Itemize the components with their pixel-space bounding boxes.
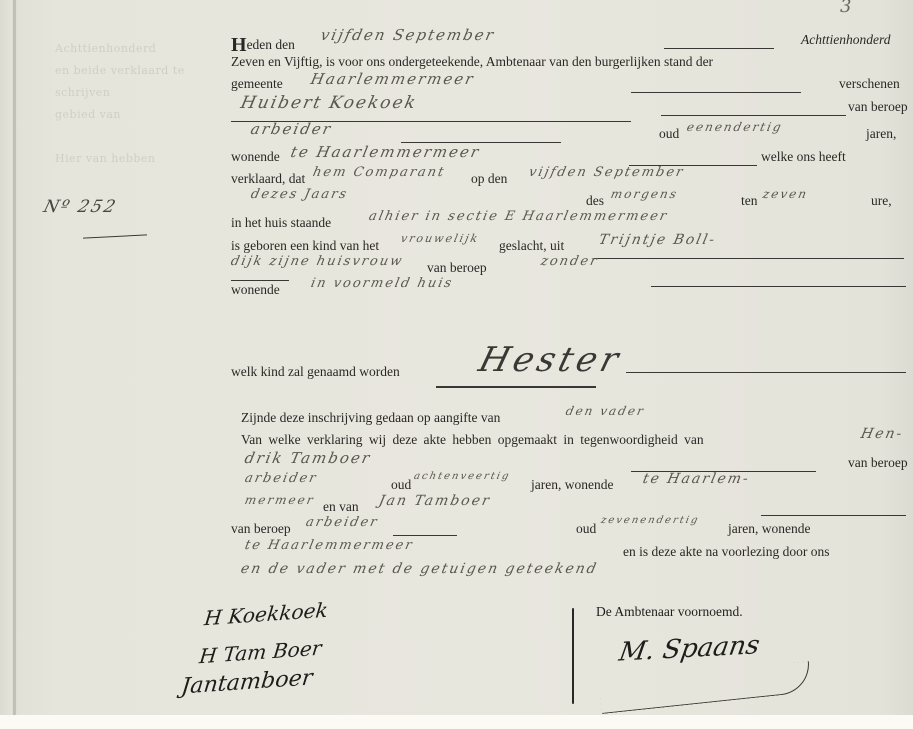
handwritten-mother-name: Trijntje Boll- — [597, 232, 717, 248]
printed-text: in het huis staande — [231, 215, 331, 231]
printed-text: verschenen — [839, 76, 900, 92]
handwritten-informant: den vader — [565, 404, 647, 418]
fill-line — [626, 372, 906, 373]
handwritten-residence: te Haarlemmermeer — [243, 538, 415, 553]
printed-text: op den — [471, 171, 507, 187]
handwritten-closing: en de vader met de getuigen geteekend — [239, 561, 599, 577]
line-17: arbeider oud achtenveertig jaren, wonend… — [231, 473, 906, 497]
printed-text: en van — [323, 499, 359, 515]
handwritten-child-name: Hester — [475, 340, 627, 380]
handwritten-age: eenendertig — [686, 120, 785, 134]
handwritten-date: vijfden September — [319, 26, 497, 44]
handwritten-residence: te Haarlem- — [641, 471, 751, 487]
printed-text: verklaard, dat — [231, 171, 305, 187]
printed-text: wonende — [231, 149, 280, 165]
printed-text: ten — [741, 193, 758, 209]
bleed-through-text: Hier van hebben — [55, 152, 156, 165]
line-12: wonende in voormeld huis — [231, 278, 906, 302]
signature-official: M. Spaans — [617, 630, 762, 667]
printed-text: jaren, wonende — [728, 521, 810, 537]
signature-father: H Koekkoek — [203, 598, 329, 630]
printed-text: oud — [576, 521, 596, 537]
handwritten-witness-name: drik Tamboer — [243, 449, 373, 467]
official-label: De Ambtenaar voornoemd. — [596, 604, 743, 620]
line-4: Huibert Koekoek van beroep — [231, 95, 906, 119]
line-14: Zijnde deze inschrijving gedaan op aangi… — [231, 406, 906, 430]
handwritten-text: hem Comparant — [311, 165, 446, 180]
printed-text: van beroep — [848, 99, 908, 115]
signature-witness-1: H Tam Boer — [198, 636, 323, 668]
handwritten-text: dezes Jaars — [249, 187, 349, 202]
printed-text: welke ons heeft — [761, 149, 846, 165]
line-1: Heden den vijfden September Achttienhond… — [231, 28, 906, 52]
printed-text: is geboren een kind van het — [231, 238, 379, 254]
handwritten-witness-name: Jan Tamboer — [377, 493, 492, 509]
printed-text: van beroep — [848, 455, 908, 471]
printed-text: des — [586, 193, 604, 209]
printed-text: oud — [659, 126, 679, 142]
page-spine — [13, 0, 16, 715]
line-9: in het huis staande alhier in sectie E H… — [231, 211, 906, 235]
handwritten-occupation: arbeider — [249, 120, 334, 138]
bleed-through-text: schrijven — [55, 86, 110, 99]
handwritten-age: zevenendertig — [600, 515, 701, 526]
printed-text: en is deze akte na voorlezing door ons — [623, 544, 830, 560]
bleed-through-text: gebied van — [55, 108, 121, 121]
handwritten-occupation: arbeider — [304, 515, 380, 530]
bleed-through-text: Achttienhonderd — [55, 42, 156, 55]
handwritten-witness-name: Hen- — [859, 426, 905, 442]
printed-text: jaren, wonende — [531, 477, 613, 493]
record-number: Nº 252 — [41, 197, 119, 217]
printed-text: Achttienhonderd — [801, 32, 890, 48]
printed-text: welk kind zal genaamd worden — [231, 364, 400, 380]
printed-text: jaren, — [866, 126, 896, 142]
printed-text: ure, — [871, 193, 892, 209]
record-number-underline — [83, 234, 147, 238]
handwritten-address: alhier in sectie E Haarlemmermeer — [367, 209, 669, 224]
handwritten-time-of-day: morgens — [610, 187, 680, 201]
document-page: Achttienhonderd en beide verklaard te sc… — [0, 0, 913, 715]
page-corner-mark: 3 — [840, 0, 851, 17]
fill-line — [661, 115, 846, 116]
handwritten-hour: zeven — [762, 187, 810, 201]
printed-text: geslacht, uit — [499, 238, 564, 254]
handwritten-age: achtenveertig — [413, 471, 512, 482]
line-16: drik Tamboer van beroep — [231, 451, 906, 475]
fill-line — [631, 92, 801, 93]
fill-line — [393, 535, 457, 536]
handwritten-occupation: arbeider — [243, 471, 319, 486]
printed-text: Zijnde deze inschrijving gedaan op aangi… — [241, 410, 500, 426]
fill-line — [664, 48, 774, 49]
printed-text: van beroep — [427, 260, 487, 276]
handwritten-residence: in voormeld huis — [309, 276, 454, 291]
signature-flourish — [599, 661, 812, 714]
printed-text: Zeven en Vijftig, is voor ons ondergetee… — [231, 54, 713, 70]
fill-line — [651, 286, 906, 287]
handwritten-residence: te Haarlemmermeer — [289, 143, 482, 161]
fill-line — [761, 515, 906, 516]
page-bottom-edge — [0, 715, 913, 729]
handwritten-declarant-name: Huibert Koekoek — [239, 93, 419, 113]
bleed-through-text: en beide verklaard te — [55, 64, 185, 77]
line-21: en de vader met de getuigen geteekend — [231, 563, 906, 587]
handwritten-text: dijk zijne huisvrouw — [229, 254, 404, 269]
printed-text: van beroep — [231, 521, 291, 537]
fill-line — [436, 386, 596, 388]
printed-text: gemeente — [231, 76, 283, 92]
handwritten-occupation: zonder — [539, 254, 599, 269]
handwritten-residence: mermeer — [244, 493, 317, 507]
handwritten-sex: vrouwelijk — [400, 232, 481, 245]
printed-text: wonende — [231, 282, 280, 298]
handwritten-place: Haarlemmermeer — [309, 70, 476, 88]
handwritten-date: vijfden September — [527, 165, 685, 180]
signature-witness-2: Jantamboer — [180, 666, 314, 700]
printed-text: Van welke verklaring wij deze akte hebbe… — [241, 432, 704, 448]
signature-divider — [572, 608, 574, 704]
printed-text: oud — [391, 477, 411, 493]
